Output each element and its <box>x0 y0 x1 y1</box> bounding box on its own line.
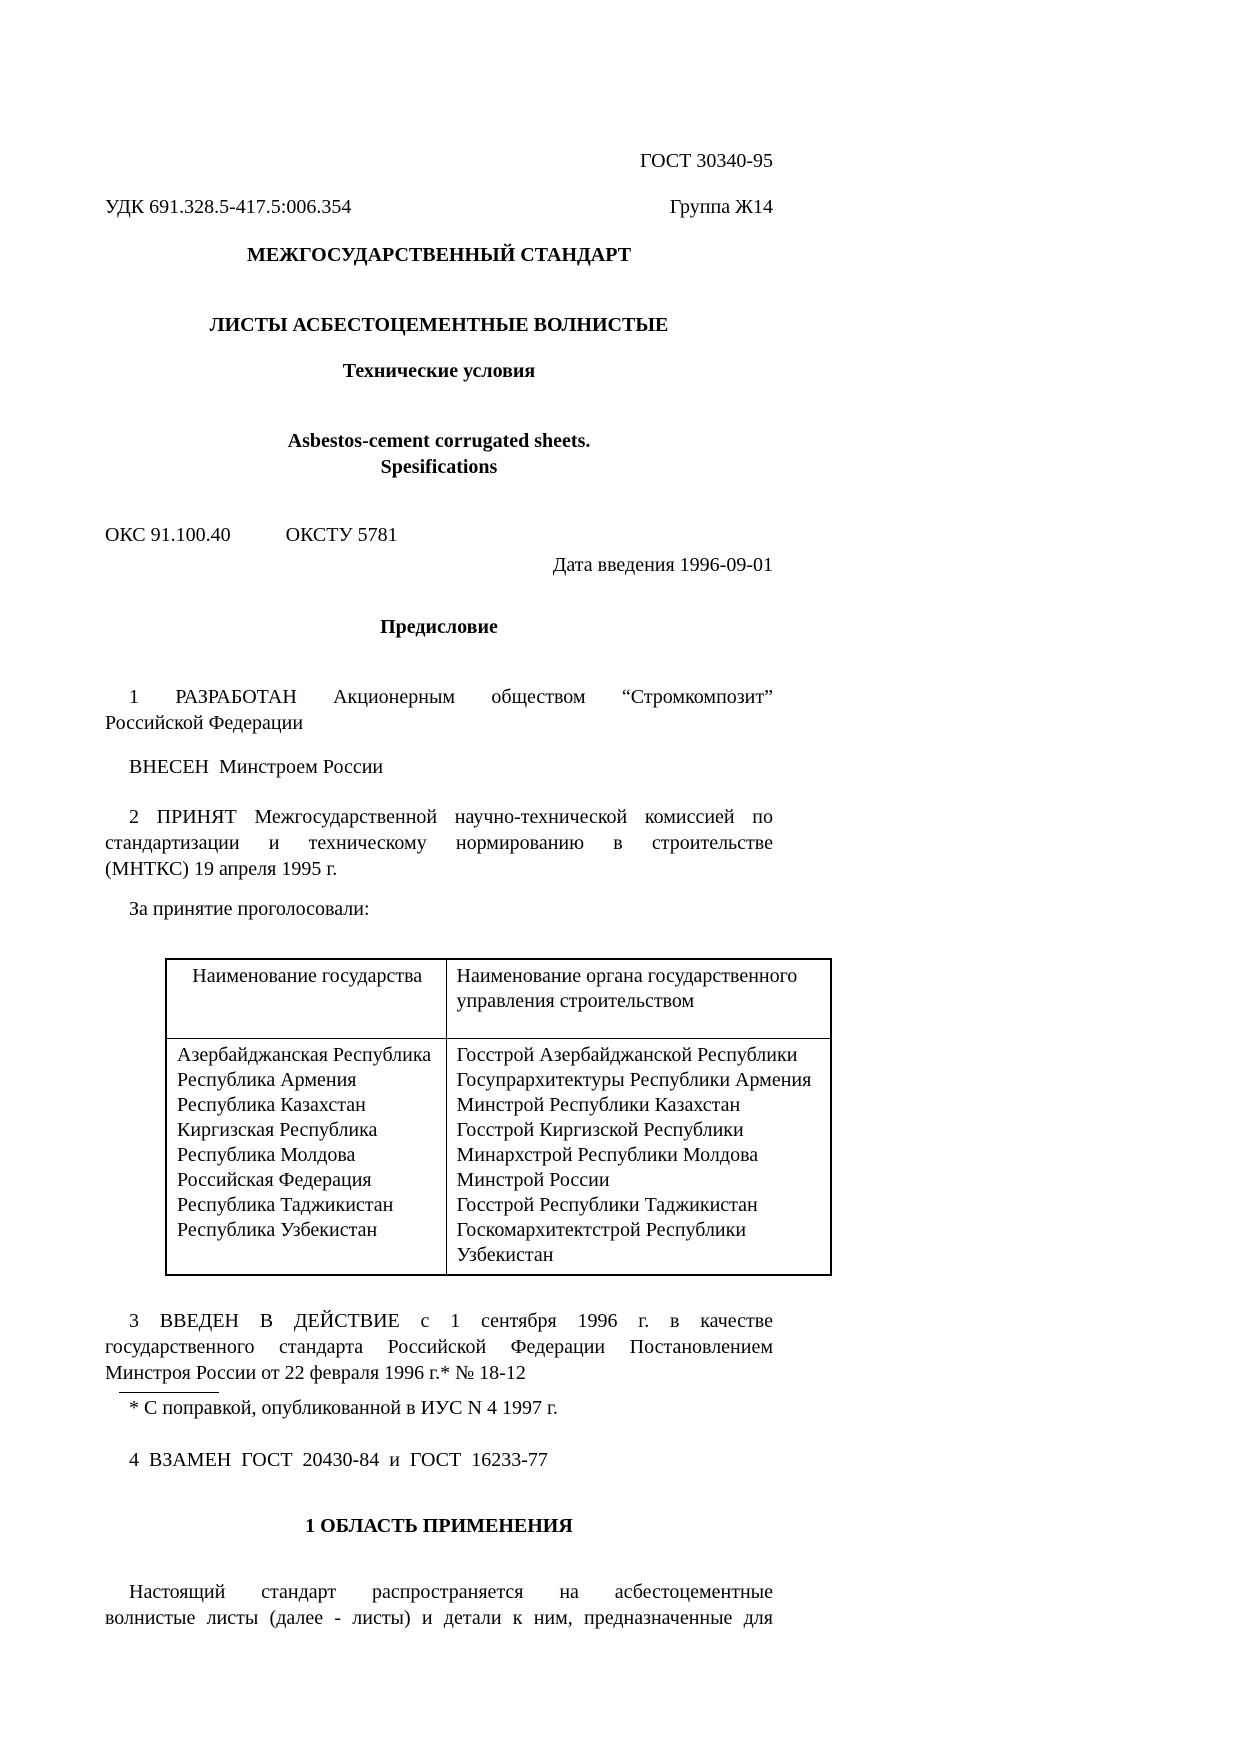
doc-number: ГОСТ 30340-95 <box>105 148 773 174</box>
authorities-cell: Госстрой Азербайджанской Республики Госу… <box>446 1039 831 1276</box>
table-header-state: Наименование государства <box>166 959 446 1039</box>
document-content: ГОСТ 30340-95 УДК 691.328.5-417.5:006.35… <box>105 0 773 1631</box>
state-line: Республика Армения <box>177 1068 438 1093</box>
oks-code: ОКС 91.100.40 <box>105 524 231 546</box>
paragraph-line: стандартизации и техническому нормирован… <box>105 830 773 856</box>
udk-row: УДК 691.328.5-417.5:006.354 Группа Ж14 <box>105 194 773 220</box>
state-line: Азербайджанская Республика <box>177 1043 438 1068</box>
state-line: Республика Узбекистан <box>177 1218 438 1243</box>
document-title-ru: ЛИСТЫ АСБЕСТОЦЕМЕНТНЫЕ ВОЛНИСТЫЕ <box>105 312 773 338</box>
group-code: Группа Ж14 <box>670 194 773 220</box>
paragraph-line: 1 РАЗРАБОТАН Акционерным обществом “Стро… <box>105 684 773 710</box>
footnote-text: * С поправкой, опубликованной в ИУС N 4 … <box>105 1395 773 1421</box>
udk-code: УДК 691.328.5-417.5:006.354 <box>105 194 351 220</box>
state-line: Республика Таджикистан <box>177 1193 438 1218</box>
authority-line: Минархстрой Республики Молдова <box>457 1143 823 1168</box>
vote-intro-line: За принятие проголосовали: <box>105 896 773 922</box>
authority-line: Госстрой Азербайджанской Республики <box>457 1043 823 1068</box>
standard-type-heading: МЕЖГОСУДАРСТВЕННЫЙ СТАНДАРТ <box>105 242 773 268</box>
state-line: Российская Федерация <box>177 1168 438 1193</box>
introduction-date: Дата введения 1996-09-01 <box>105 552 773 578</box>
states-cell: Азербайджанская Республика Республика Ар… <box>166 1039 446 1276</box>
document-page: ГОСТ 30340-95 УДК 691.328.5-417.5:006.35… <box>0 0 1240 1755</box>
state-line: Киргизская Республика <box>177 1118 438 1143</box>
authority-line: Минстрой Республики Казахстан <box>457 1093 823 1118</box>
title-en-line: Spesifications <box>105 454 773 480</box>
title-en-line: Asbestos-cement corrugated sheets. <box>105 428 773 454</box>
okstu-code: ОКСТУ 5781 <box>286 524 398 546</box>
paragraph-line: волнистые листы (далее - листы) и детали… <box>105 1605 773 1631</box>
footnote-separator-rule <box>119 1392 219 1393</box>
state-line: Республика Молдова <box>177 1143 438 1168</box>
authority-line: Госстрой Киргизской Республики <box>457 1118 823 1143</box>
authority-line: Госстрой Республики Таджикистан <box>457 1193 823 1218</box>
state-line: Республика Казахстан <box>177 1093 438 1118</box>
paragraph-line: государственного стандарта Российской Фе… <box>105 1334 773 1360</box>
table-header-authority: Наименование органа государственного упр… <box>446 959 831 1039</box>
paragraph-line: (МНТКС) 19 апреля 1995 г. <box>105 856 773 882</box>
submitted-by-line: ВНЕСЕН Минстроем России <box>105 754 773 780</box>
paragraph-line: 2 ПРИНЯТ Межгосударственной научно-техни… <box>105 804 773 830</box>
section-1-paragraph: Настоящий стандарт распространяется на а… <box>105 1579 773 1631</box>
section-1-heading: 1 ОБЛАСТЬ ПРИМЕНЕНИЯ <box>105 1513 773 1539</box>
authority-line: Госупрархитектуры Республики Армения <box>457 1068 823 1093</box>
document-title-en: Asbestos-cement corrugated sheets. Spesi… <box>105 428 773 480</box>
voting-table: Наименование государства Наименование ор… <box>165 958 832 1276</box>
table-header-row: Наименование государства Наименование ор… <box>166 959 831 1039</box>
foreword-paragraph-2: 2 ПРИНЯТ Межгосударственной научно-техни… <box>105 804 773 882</box>
table-header-authority-line: Наименование органа государственного <box>457 964 823 989</box>
foreword-paragraph-3: 3 ВВЕДЕН В ДЕЙСТВИЕ с 1 сентября 1996 г.… <box>105 1308 773 1386</box>
classification-codes-row: ОКС 91.100.40ОКСТУ 5781 <box>105 522 773 548</box>
table-header-authority-line: управления строительством <box>457 989 823 1014</box>
document-subtitle-ru: Технические условия <box>105 358 773 384</box>
table-body-row: Азербайджанская Республика Республика Ар… <box>166 1039 831 1276</box>
authority-line: Госкомархитектстрой Республики Узбекиста… <box>457 1218 823 1268</box>
foreword-paragraph-4: 4 ВЗАМЕН ГОСТ 20430-84 и ГОСТ 16233-77 <box>105 1447 773 1473</box>
paragraph-line: Российской Федерации <box>105 710 773 736</box>
foreword-paragraph-1: 1 РАЗРАБОТАН Акционерным обществом “Стро… <box>105 684 773 736</box>
paragraph-line: Настоящий стандарт распространяется на а… <box>105 1579 773 1605</box>
paragraph-line: Минстроя России от 22 февраля 1996 г.* №… <box>105 1360 773 1386</box>
paragraph-line: 3 ВВЕДЕН В ДЕЙСТВИЕ с 1 сентября 1996 г.… <box>105 1308 773 1334</box>
foreword-heading: Предисловие <box>105 614 773 640</box>
authority-line: Минстрой России <box>457 1168 823 1193</box>
